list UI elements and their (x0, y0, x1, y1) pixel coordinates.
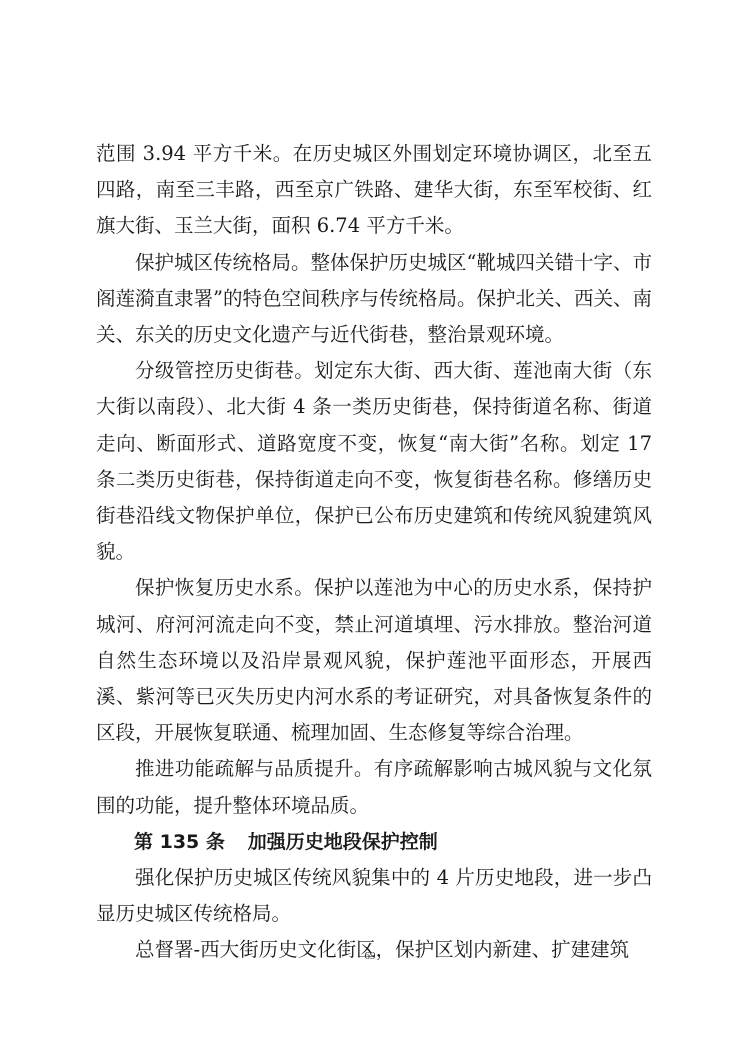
paragraph-function-upgrade: 推进功能疏解与品质提升。有序疏解影响古城风貌与文化氛围的功能，提升整体环境品质。 (96, 751, 652, 823)
paragraph-water-system: 保护恢复历史水系。保护以莲池为中心的历史水系，保持护城河、府河河流走向不变，禁止… (96, 570, 652, 751)
section-number: 第 135 条 (134, 831, 225, 853)
paragraph-historic-districts: 强化保护历史城区传统风貌集中的 4 片历史地段，进一步凸显历史城区传统格局。 (96, 860, 652, 932)
document-page: 范围 3.94 平方千米。在历史城区外围划定环境协调区，北至五四路，南至三丰路，… (0, 0, 740, 1047)
page-number: 69 (0, 950, 740, 962)
section-title: 加强历史地段保护控制 (248, 831, 438, 853)
page-body: 范围 3.94 平方千米。在历史城区外围划定环境协调区，北至五四路，南至三丰路，… (96, 136, 652, 969)
paragraph-protection-area-continuation: 范围 3.94 平方千米。在历史城区外围划定环境协调区，北至五四路，南至三丰路，… (96, 136, 652, 245)
paragraph-city-pattern: 保护城区传统格局。整体保护历史城区“靴城四关错十字、市阁莲漪直隶署”的特色空间秩… (96, 245, 652, 354)
paragraph-historic-streets: 分级管控历史街巷。划定东大街、西大街、莲池南大街（东大街以南段）、北大街 4 条… (96, 353, 652, 570)
section-heading: 第 135 条加强历史地段保护控制 (96, 824, 652, 860)
